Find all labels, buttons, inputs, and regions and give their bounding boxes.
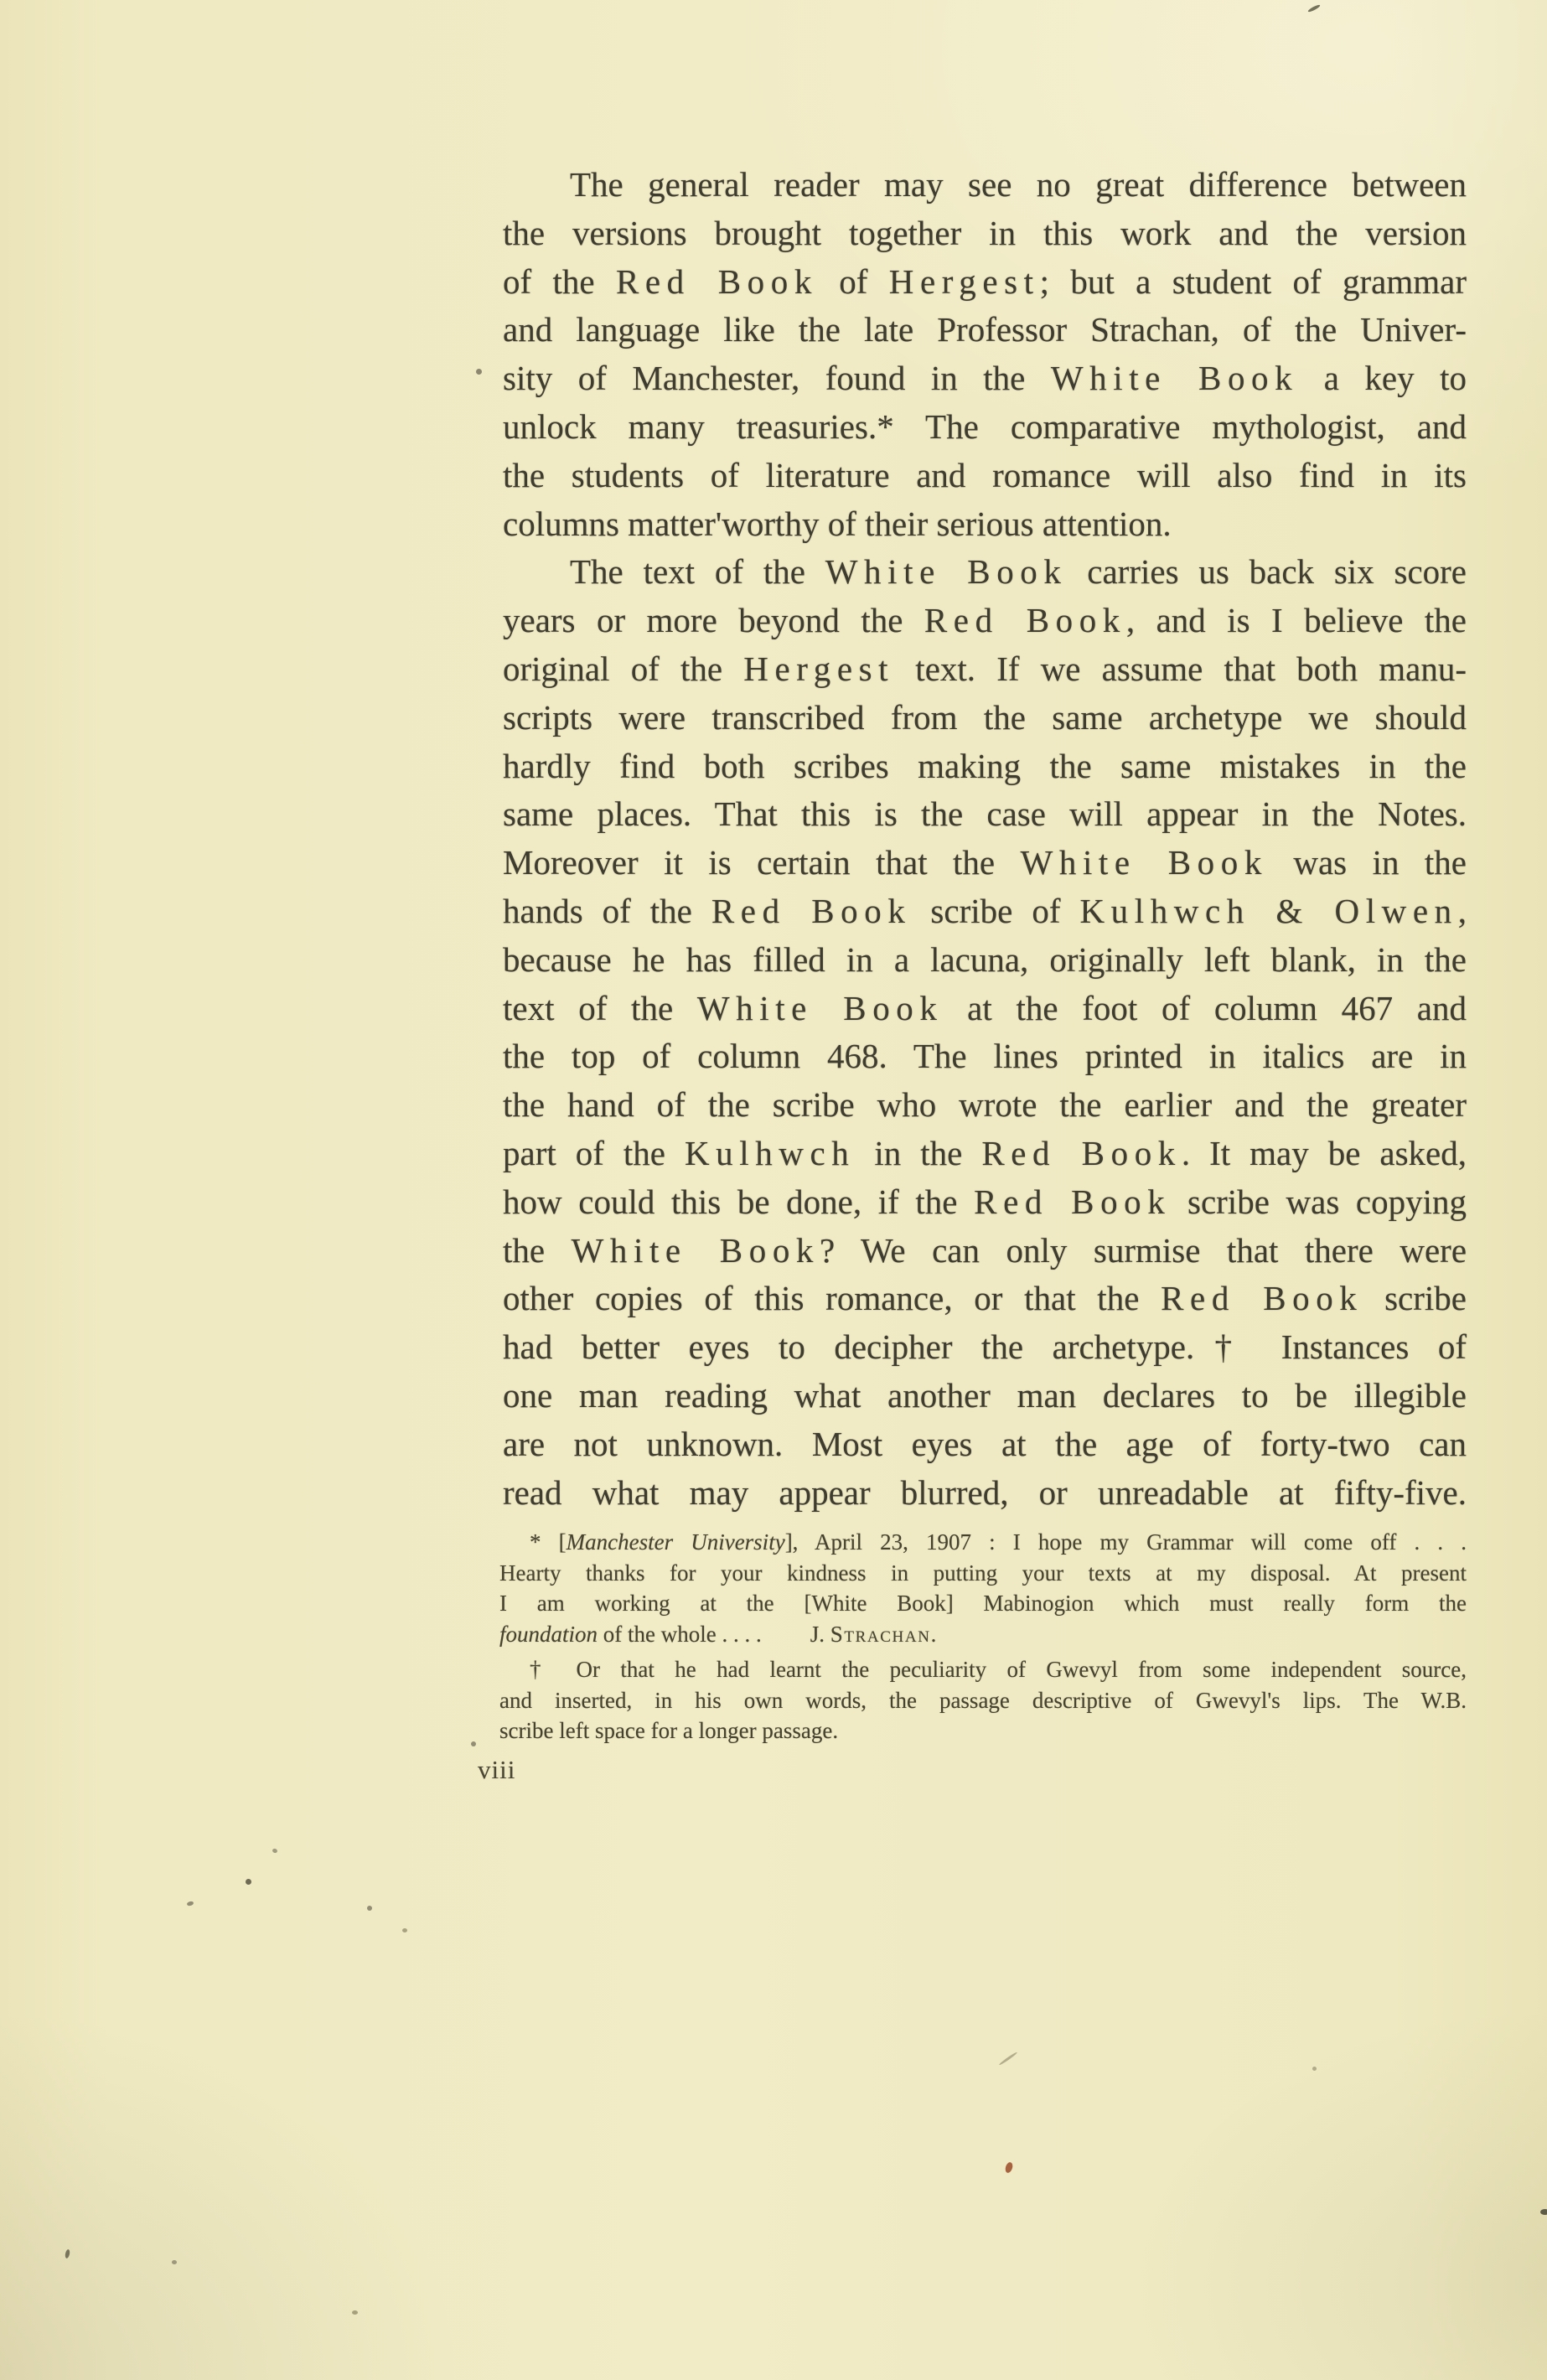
ink-speck <box>1307 3 1321 13</box>
text-line: Moreover it is certain that the White Bo… <box>503 839 1467 887</box>
ink-speck <box>1540 2209 1547 2215</box>
text-segment: same places. That this is the case will … <box>503 794 1467 833</box>
text-segment: foundation <box>499 1622 598 1647</box>
text-segment: the top of column 468. The lines printed… <box>503 1037 1467 1075</box>
text-segment: and language like the late Professor Str… <box>503 310 1467 349</box>
text-line: and inserted, in his own words, the pass… <box>499 1685 1467 1716</box>
text-segment: White Book <box>1051 359 1298 397</box>
text-line: part of the Kulhwch in the Red Book. It … <box>503 1130 1467 1178</box>
text-segment: , and is I believe the <box>1126 601 1467 639</box>
text-segment: at the foot of column 467 and <box>943 989 1467 1027</box>
text-segment: of the whole . . . . <box>598 1622 762 1647</box>
text-segment: and inserted, in his own words, the pass… <box>499 1688 1467 1713</box>
ink-speck <box>1312 2067 1317 2071</box>
text-segment: of the <box>503 262 616 301</box>
text-segment: sity of Manchester, found in the <box>503 359 1051 397</box>
text-segment: the hand of the scribe who wrote the ear… <box>503 1085 1467 1124</box>
text-segment: Hearty thanks for your kindness in putti… <box>499 1560 1467 1586</box>
text-segment: the students of literature and romance w… <box>503 456 1467 494</box>
text-segment: text of the <box>503 989 697 1027</box>
page-number: viii <box>478 1755 515 1785</box>
text-segment: how could this be done, if the <box>503 1182 974 1221</box>
footnote-strachan: * [Manchester University], April 23, 190… <box>499 1527 1467 1649</box>
text-segment: the <box>503 1231 572 1270</box>
ink-speck <box>272 1848 277 1854</box>
text-line: † Or that he had learnt the peculiarity … <box>499 1654 1467 1685</box>
text-line: read what may appear blurred, or unreada… <box>503 1469 1467 1518</box>
text-line: one man reading what another man declare… <box>503 1372 1467 1420</box>
text-segment: in the <box>855 1134 981 1172</box>
text-segment: The text of the <box>570 552 825 591</box>
text-segment: Red Book <box>1161 1279 1363 1317</box>
text-segment: ; but a student of grammar <box>1040 262 1467 301</box>
text-segment: scribe of <box>911 892 1079 930</box>
text-segment: Manchester University <box>567 1529 785 1555</box>
ink-speck <box>352 2310 358 2315</box>
text-segment: because he has filled in a lacuna, origi… <box>503 940 1467 979</box>
text-segment: scribe was copying <box>1171 1182 1467 1221</box>
text-segment: Red Book <box>711 892 912 930</box>
text-segment: one man reading what another man declare… <box>503 1376 1467 1415</box>
ink-speck <box>1004 2161 1014 2174</box>
ink-speck <box>186 1901 194 1907</box>
ink-speck <box>476 369 482 375</box>
text-segment: years or more beyond the <box>503 601 924 639</box>
text-line: * [Manchester University], April 23, 190… <box>499 1527 1467 1558</box>
text-segment: a key to <box>1298 359 1467 397</box>
text-line: are not unknown. Most eyes at the age of… <box>503 1420 1467 1469</box>
text-segment: , <box>1458 892 1467 930</box>
text-line: hands of the Red Book scribe of Kulhwch … <box>503 887 1467 936</box>
text-line: and language like the late Professor Str… <box>503 306 1467 354</box>
text-segment: Kulhwch <box>685 1134 855 1172</box>
text-line: other copies of this romance, or that th… <box>503 1275 1467 1323</box>
text-line: scripts were transcribed from the same a… <box>503 694 1467 742</box>
text-segment: Kulhwch & Olwen <box>1079 892 1457 930</box>
text-segment: White Book <box>572 1231 820 1270</box>
ink-speck <box>172 2260 177 2264</box>
text-line: of the Red Book of Hergest; but a studen… <box>503 258 1467 307</box>
text-line: scribe left space for a longer passage. <box>499 1715 1467 1746</box>
text-line: columns matter'worthy of their serious a… <box>503 500 1467 549</box>
text-segment: Hergest <box>743 649 894 688</box>
ink-speck <box>367 1906 372 1911</box>
text-segment: Moreover it is certain that the <box>503 843 1021 882</box>
text-line: Hearty thanks for your kindness in putti… <box>499 1558 1467 1589</box>
text-segment: White Book <box>825 552 1068 591</box>
text-line: the hand of the scribe who wrote the ear… <box>503 1081 1467 1130</box>
text-segment: was in the <box>1268 843 1467 882</box>
text-segment: original of the <box>503 649 743 688</box>
text-line: same places. That this is the case will … <box>503 790 1467 839</box>
text-segment: Strachan. <box>830 1622 938 1647</box>
ink-speck <box>998 2051 1017 2066</box>
text-line: text of the White Book at the foot of co… <box>503 985 1467 1033</box>
book-page: The general reader may see no great diff… <box>0 0 1547 2380</box>
text-segment: scribe <box>1363 1279 1467 1317</box>
main-text-block: The general reader may see no great diff… <box>503 161 1467 1517</box>
text-segment: hardly find both scribes making the same… <box>503 747 1467 785</box>
text-line: the top of column 468. The lines printed… <box>503 1032 1467 1081</box>
text-segment: Red Book <box>616 262 818 301</box>
text-segment: The general reader may see no great diff… <box>570 165 1467 204</box>
text-segment: . It may be asked, <box>1182 1134 1467 1172</box>
text-line: hardly find both scribes making the same… <box>503 742 1467 791</box>
text-segment: text. If we assume that both manu- <box>894 649 1467 688</box>
text-segment: columns matter'worthy of their serious a… <box>503 504 1172 543</box>
text-line: original of the Hergest text. If we assu… <box>503 645 1467 694</box>
text-line: sity of Manchester, found in the White B… <box>503 354 1467 403</box>
text-segment: I am working at the [White Book] Mabinog… <box>499 1591 1467 1616</box>
ink-speck <box>246 1879 251 1885</box>
text-segment: part of the <box>503 1134 685 1172</box>
ink-speck <box>402 1928 407 1932</box>
text-segment: White Book <box>1021 843 1268 882</box>
text-line: because he has filled in a lacuna, origi… <box>503 936 1467 985</box>
text-line: unlock many treasuries.* The comparative… <box>503 403 1467 452</box>
text-segment: ? We can only surmise that there were <box>820 1231 1467 1270</box>
text-segment: carries us back six score <box>1067 552 1467 591</box>
text-line: years or more beyond the Red Book, and i… <box>503 597 1467 645</box>
text-line: the White Book? We can only surmise that… <box>503 1227 1467 1275</box>
text-line: The text of the White Book carries us ba… <box>503 548 1467 597</box>
text-segment: other copies of this romance, or that th… <box>503 1279 1161 1317</box>
text-segment: are not unknown. Most eyes at the age of… <box>503 1425 1467 1463</box>
text-segment: White Book <box>697 989 944 1027</box>
text-segment: Red Book <box>924 601 1126 639</box>
ink-speck <box>471 1741 476 1746</box>
text-segment: Red Book <box>974 1182 1171 1221</box>
text-line: had better eyes to decipher the archetyp… <box>503 1323 1467 1372</box>
text-segment: of <box>818 262 889 301</box>
text-segment: hands of the <box>503 892 711 930</box>
text-segment: J. <box>810 1622 830 1647</box>
text-line: I am working at the [White Book] Mabinog… <box>499 1588 1467 1619</box>
text-segment: unlock many treasuries.* The comparative… <box>503 407 1467 446</box>
text-segment: * [ <box>530 1529 567 1555</box>
text-segment: ], April 23, 1907 : I hope my Grammar wi… <box>785 1529 1467 1555</box>
text-line: the students of literature and romance w… <box>503 452 1467 500</box>
ink-speck <box>65 2249 70 2259</box>
text-line: the versions brought together in this wo… <box>503 210 1467 258</box>
text-segment: had better eyes to decipher the archetyp… <box>503 1327 1467 1366</box>
text-segment: Hergest <box>889 262 1040 301</box>
text-line: The general reader may see no great diff… <box>503 161 1467 210</box>
text-segment: scripts were transcribed from the same a… <box>503 698 1467 737</box>
text-line: how could this be done, if the Red Book … <box>503 1178 1467 1227</box>
text-segment: Red Book <box>981 1134 1182 1172</box>
text-line: foundation of the whole . . . .J. Strach… <box>499 1619 1467 1650</box>
text-segment: † Or that he had learnt the peculiarity … <box>530 1657 1467 1682</box>
text-segment: the versions brought together in this wo… <box>503 214 1467 252</box>
footnote-gwevyl: † Or that he had learnt the peculiarity … <box>499 1654 1467 1746</box>
text-segment: scribe left space for a longer passage. <box>499 1718 838 1743</box>
text-segment: read what may appear blurred, or unreada… <box>503 1473 1467 1512</box>
